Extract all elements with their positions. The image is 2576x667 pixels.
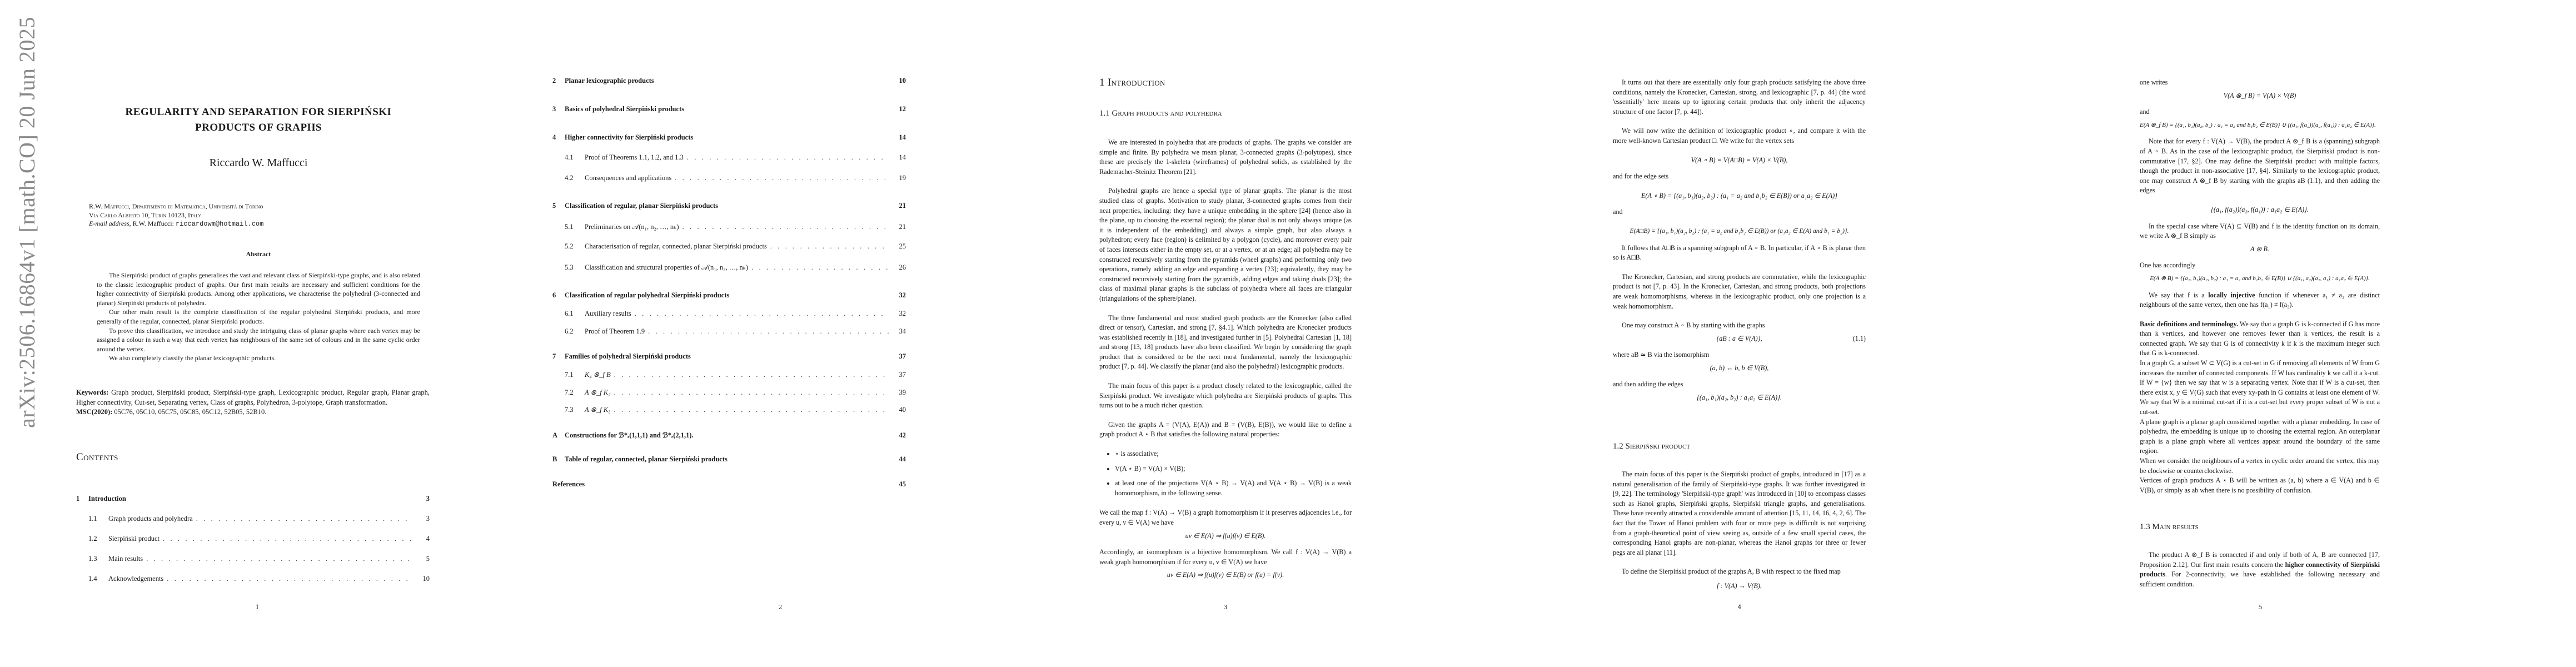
toc-entry[interactable]: 6.2Proof of Theorem 1.9. . . . . . . . .… bbox=[565, 327, 906, 336]
page-2: 2Planar lexicographic products10 3Basics… bbox=[517, 0, 1034, 667]
section-heading: 1 Introduction bbox=[1099, 77, 1165, 89]
subsection-heading: 1.1 Graph products and polyhedra bbox=[1099, 109, 1222, 118]
equation: V(A ⊗_f B) = V(A) × V(B) bbox=[2140, 91, 2380, 101]
toc-entry[interactable]: 2Planar lexicographic products10 bbox=[552, 77, 906, 85]
equation: V(A ∘ B) = V(A□B) = V(A) × V(B), bbox=[1613, 156, 1866, 166]
toc-entry[interactable]: 7Families of polyhedral Sierpiński produ… bbox=[552, 352, 906, 361]
page-number: 4 bbox=[1728, 604, 1751, 611]
toc-entry[interactable]: AConstructions for ℬ*ᵣ(1,1,1) and ℬ*ᵣ(2,… bbox=[552, 431, 906, 440]
equation: {(a₁, b₁)(a₂, b₂) : a₁a₂ ∈ E(A)}. bbox=[1613, 393, 1866, 403]
page5-body-2: The product A ⊗_f B is connected if and … bbox=[2140, 550, 2380, 599]
keywords-block: Keywords: Graph product, Sierpiński prod… bbox=[76, 388, 430, 417]
toc-entry[interactable]: 5.1Preliminaries on 𝒜(n₁, n₂, …, nₖ). . … bbox=[565, 222, 906, 231]
contents-heading: Contents bbox=[76, 451, 118, 464]
affiliation: R.W. Maffucci, Dipartimento di Matematic… bbox=[89, 202, 263, 220]
arxiv-stamp: arXiv:2506.16864v1 [math.CO] 20 Jun 2025 bbox=[14, 17, 40, 428]
page-number: 3 bbox=[1214, 604, 1237, 611]
toc-entry[interactable]: 5Classification of regular, planar Sierp… bbox=[552, 202, 906, 210]
toc-entry[interactable]: 1.2 Sierpiński product . . . . . . . . .… bbox=[88, 535, 430, 543]
toc-entry[interactable]: 5.3Classification and structural propert… bbox=[565, 263, 906, 272]
equation: E(A ⊗ B) = {(a₁, b₁)(a₂, b₂) : a₁ = a₂ a… bbox=[2140, 274, 2380, 284]
toc-entry[interactable]: 1 Introduction 3 bbox=[76, 495, 430, 503]
abstract-body: The Sierpiński product of graphs general… bbox=[97, 271, 420, 363]
toc-entry[interactable]: BTable of regular, connected, planar Sie… bbox=[552, 455, 906, 464]
equation: A ⊗ B. bbox=[2140, 245, 2380, 255]
toc-entry[interactable]: 7.3A ⊗_f K₃. . . . . . . . . . . . . . .… bbox=[565, 405, 906, 414]
page-number: 5 bbox=[2249, 604, 2271, 611]
subsection-heading: 1.3 Main results bbox=[2140, 522, 2199, 532]
locally-injective-def: We say that f is a locally injective fun… bbox=[2140, 291, 2380, 310]
subsection-heading: 1.2 Sierpiński product bbox=[1613, 442, 1690, 451]
toc-entry[interactable]: 4Higher connectivity for Sierpiński prod… bbox=[552, 133, 906, 142]
toc-entry[interactable]: References45 bbox=[552, 480, 906, 489]
abstract-heading: Abstract bbox=[89, 250, 428, 258]
equation-1-1: {aB : a ∈ V(A)},(1.1) bbox=[1613, 334, 1866, 344]
toc-entry[interactable]: 5.2Characterisation of regular, connecte… bbox=[565, 242, 906, 251]
toc-entry[interactable]: 7.1K₄ ⊗_f B. . . . . . . . . . . . . . .… bbox=[565, 370, 906, 379]
equation: {(a₁, f(a₂))(a₂, f(a₁)) : a₁a₂ ∈ E(A)}. bbox=[2140, 205, 2380, 215]
page-3: 1 Introduction 1.1 Graph products and po… bbox=[1034, 0, 1551, 667]
toc-entry[interactable]: 4.1Proof of Theorems 1.1, 1.2, and 1.3. … bbox=[565, 153, 906, 162]
toc-entry[interactable]: 6.1Auxiliary results. . . . . . . . . . … bbox=[565, 310, 906, 318]
page-number: 1 bbox=[246, 604, 268, 611]
email-line: E-mail address, R.W. Maffucci: riccardow… bbox=[89, 220, 263, 228]
page-5: one writes V(A ⊗_f B) = V(A) × V(B) and … bbox=[2067, 0, 2576, 667]
equation: uv ∈ E(A) ⇒ f(u)f(v) ∈ E(B). bbox=[1099, 531, 1352, 541]
paper-title: REGULARITY AND SEPARATION FOR SIERPIŃSKI… bbox=[89, 104, 428, 136]
toc-entry[interactable]: 6Classification of regular polyhedral Si… bbox=[552, 291, 906, 300]
toc-entry[interactable]: 1.4 Acknowledgements . . . . . . . . . .… bbox=[88, 575, 430, 583]
email-link[interactable]: riccardowm@hotmail.com bbox=[176, 220, 263, 228]
page3-body: We are interested in polyhedra that are … bbox=[1099, 138, 1352, 587]
equation: f : V(A) → V(B), bbox=[1613, 581, 1866, 591]
toc-entry[interactable]: 3Basics of polyhedral Sierpiński product… bbox=[552, 105, 906, 113]
equation: E(A□B) = {(a₁, b₁)(a₂, b₂) : (a₁ = a₂ an… bbox=[1613, 227, 1866, 237]
toc-entry[interactable]: 1.3 Main results . . . . . . . . . . . .… bbox=[88, 555, 430, 563]
equation: E(A ⊗_f B) = {(a₁, b₁)(a₂, b₂) : a₁ = a₂… bbox=[2140, 121, 2380, 131]
property-list: ⋆ is associative; V(A ⋆ B) = V(A) × V(B)… bbox=[1099, 449, 1352, 498]
main-results-intro: The product A ⊗_f B is connected if and … bbox=[2140, 550, 2380, 589]
equation: (a, b) ↔ b, b ∈ V(B), bbox=[1613, 364, 1866, 374]
page4-body: It turns out that there are essentially … bbox=[1613, 78, 1866, 410]
author-name: Riccardo W. Maffucci bbox=[89, 157, 428, 170]
page5-body: one writes V(A ⊗_f B) = V(A) × V(B) and … bbox=[2140, 78, 2380, 505]
page-number: 2 bbox=[769, 604, 791, 611]
page-1: arXiv:2506.16864v1 [math.CO] 20 Jun 2025… bbox=[0, 0, 517, 667]
page4-body-2: The main focus of this paper is the Sier… bbox=[1613, 470, 1866, 598]
toc-entry[interactable]: 1.1 Graph products and polyhedra . . . .… bbox=[88, 515, 430, 523]
basic-definitions: Basic definitions and terminology. We sa… bbox=[2140, 320, 2380, 359]
page-4: It turns out that there are essentially … bbox=[1551, 0, 2067, 667]
toc-entry[interactable]: 4.2Consequences and applications. . . . … bbox=[565, 174, 906, 182]
equation: E(A ∘ B) = {(a₁, b₁)(a₂, b₂) : (a₁ = a₂ … bbox=[1613, 191, 1866, 201]
toc-entry[interactable]: 7.2A ⊗_f K₂. . . . . . . . . . . . . . .… bbox=[565, 388, 906, 397]
equation: uv ∈ E(A) ⇒ f(u)f(v) ∈ E(B) or f(u) = f(… bbox=[1099, 570, 1352, 580]
